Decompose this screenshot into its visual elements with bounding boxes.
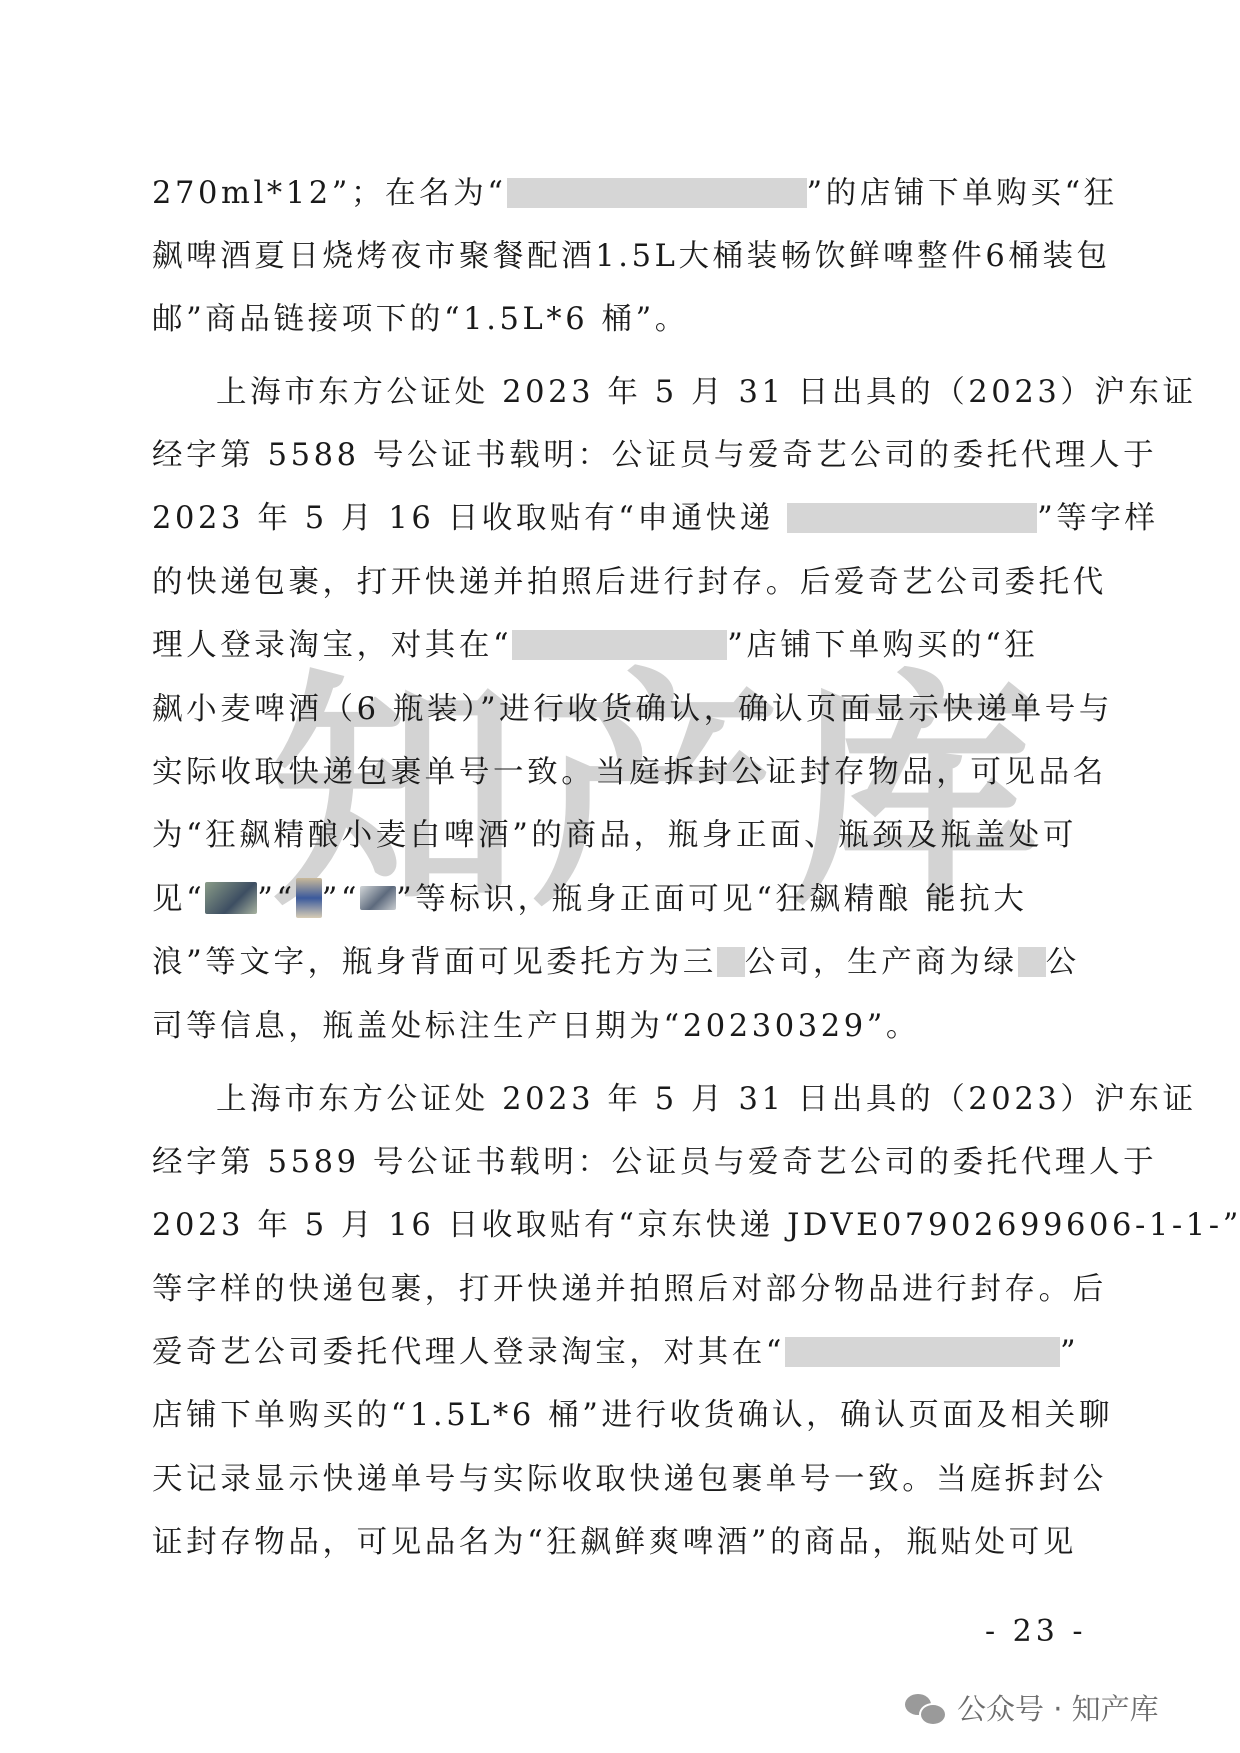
text-run: 天记录显示快递单号与实际收取快递包裹单号一致。当庭拆封公: [152, 1462, 1107, 1497]
wechat-icon: [905, 1692, 945, 1724]
text-line: 2023 年 5 月 16 日收取贴有“申通快递 ”等字样: [152, 499, 1092, 539]
text-line: 的快递包裹，打开快递并拍照后进行封存。后爱奇艺公司委托代: [152, 563, 1092, 603]
footer-label: 公众号 · 知产库: [957, 1687, 1159, 1728]
redaction-block: [787, 503, 1037, 533]
text-run: 飙小麦啤酒（6 瓶装）”进行收货确认，确认页面显示快递单号与: [152, 692, 1113, 727]
text-run: 为“狂飙精酿小麦白啤酒”的商品，瓶身正面、瓶颈及瓶盖处可: [152, 818, 1077, 853]
page-number: - 23 -: [985, 1614, 1087, 1649]
footer-source: 公众号 · 知产库: [905, 1687, 1159, 1728]
text-line: 邮”商品链接项下的“1.5L*6 桶”。: [152, 300, 1092, 340]
text-run: 的快递包裹，打开快递并拍照后进行封存。后爱奇艺公司委托代: [152, 565, 1107, 600]
redaction-block: [512, 630, 727, 660]
text-line: 飙啤酒夏日烧烤夜市聚餐配酒1.5L大桶装畅饮鲜啤整件6桶装包: [152, 237, 1092, 277]
text-run: 见“: [152, 882, 205, 917]
text-line: 证封存物品，可见品名为“狂飙鲜爽啤酒”的商品，瓶贴处可见: [152, 1523, 1092, 1563]
text-run: ”店铺下单购买的“狂: [727, 628, 1038, 663]
text-line: 等字样的快递包裹，打开快递并拍照后对部分物品进行封存。后: [152, 1270, 1092, 1310]
redaction-block: [717, 947, 745, 977]
text-run: 证封存物品，可见品名为“狂飙鲜爽啤酒”的商品，瓶贴处可见: [152, 1525, 1077, 1560]
text-run: 2023 年 5 月 16 日收取贴有“申通快递: [152, 501, 787, 536]
text-run: ”“: [257, 882, 295, 917]
text-run: ”: [1060, 1335, 1079, 1370]
text-run: 邮”商品链接项下的“1.5L*6 桶”。: [152, 302, 689, 337]
text-line: 270ml*12”；在名为“”的店铺下单购买“狂: [152, 174, 1092, 214]
text-line: 司等信息，瓶盖处标注生产日期为“20230329”。: [152, 1007, 1092, 1047]
text-line: 店铺下单购买的“1.5L*6 桶”进行收货确认，确认页面及相关聊: [152, 1396, 1092, 1436]
text-line: 经字第 5589 号公证书载明：公证员与爱奇艺公司的委托代理人于: [152, 1143, 1092, 1183]
text-line: 实际收取快递包裹单号一致。当庭拆封公证封存物品，可见品名: [152, 753, 1092, 793]
text-run: 飙啤酒夏日烧烤夜市聚餐配酒1.5L大桶装畅饮鲜啤整件6桶装包: [152, 239, 1111, 274]
brand-logo-image: [205, 882, 257, 914]
text-line: 爱奇艺公司委托代理人登录淘宝，对其在“”: [152, 1333, 1092, 1373]
redaction-block: [507, 178, 807, 208]
document-page: 知产库 270ml*12”；在名为“”的店铺下单购买“狂飙啤酒夏日烧烤夜市聚餐配…: [0, 0, 1240, 1753]
text-run: ”的店铺下单购买“狂: [807, 176, 1118, 211]
brand-logo-image: [360, 886, 396, 910]
text-line: 浪”等文字，瓶身背面可见委托方为三公司，生产商为绿公: [152, 943, 1092, 983]
text-run: 司等信息，瓶盖处标注生产日期为“20230329”。: [152, 1009, 920, 1044]
text-run: 经字第 5588 号公证书载明：公证员与爱奇艺公司的委托代理人于: [152, 438, 1157, 473]
text-run: ”等标识，瓶身正面可见“狂飙精酿 能抗大: [396, 882, 1027, 917]
text-run: 爱奇艺公司委托代理人登录淘宝，对其在“: [152, 1335, 785, 1370]
text-run: 2023 年 5 月 16 日收取贴有“京东快递 JDVE07902699606…: [152, 1208, 1240, 1243]
text-line: 2023 年 5 月 16 日收取贴有“京东快递 JDVE07902699606…: [152, 1206, 1092, 1246]
text-run: 理人登录淘宝，对其在“: [152, 628, 512, 663]
text-line: 经字第 5588 号公证书载明：公证员与爱奇艺公司的委托代理人于: [152, 436, 1092, 476]
text-line: 为“狂飙精酿小麦白啤酒”的商品，瓶身正面、瓶颈及瓶盖处可: [152, 816, 1092, 856]
text-line: 飙小麦啤酒（6 瓶装）”进行收货确认，确认页面显示快递单号与: [152, 690, 1092, 730]
text-run: 上海市东方公证处 2023 年 5 月 31 日出具的（2023）沪东证: [216, 375, 1197, 410]
text-line: 见“”“”“”等标识，瓶身正面可见“狂飙精酿 能抗大: [152, 880, 1092, 920]
text-run: 等字样的快递包裹，打开快递并拍照后对部分物品进行封存。后: [152, 1272, 1107, 1307]
text-line: 理人登录淘宝，对其在“”店铺下单购买的“狂: [152, 626, 1092, 666]
text-run: 上海市东方公证处 2023 年 5 月 31 日出具的（2023）沪东证: [216, 1082, 1197, 1117]
text-run: 实际收取快递包裹单号一致。当庭拆封公证封存物品，可见品名: [152, 755, 1107, 790]
text-run: 公: [1046, 945, 1080, 980]
text-run: 公司，生产商为绿: [745, 945, 1018, 980]
text-run: ”“: [322, 882, 360, 917]
text-run: ”等字样: [1037, 501, 1159, 536]
text-run: 店铺下单购买的“1.5L*6 桶”进行收货确认，确认页面及相关聊: [152, 1398, 1113, 1433]
text-run: 经字第 5589 号公证书载明：公证员与爱奇艺公司的委托代理人于: [152, 1145, 1157, 1180]
redaction-block: [785, 1337, 1060, 1367]
redaction-block: [1018, 947, 1046, 977]
text-line: 天记录显示快递单号与实际收取快递包裹单号一致。当庭拆封公: [152, 1460, 1092, 1500]
text-line: 上海市东方公证处 2023 年 5 月 31 日出具的（2023）沪东证: [216, 1080, 1156, 1120]
text-run: 270ml*12”；在名为“: [152, 176, 507, 211]
text-line: 上海市东方公证处 2023 年 5 月 31 日出具的（2023）沪东证: [216, 373, 1156, 413]
brand-logo-image: [296, 878, 322, 918]
text-run: 浪”等文字，瓶身背面可见委托方为三: [152, 945, 717, 980]
